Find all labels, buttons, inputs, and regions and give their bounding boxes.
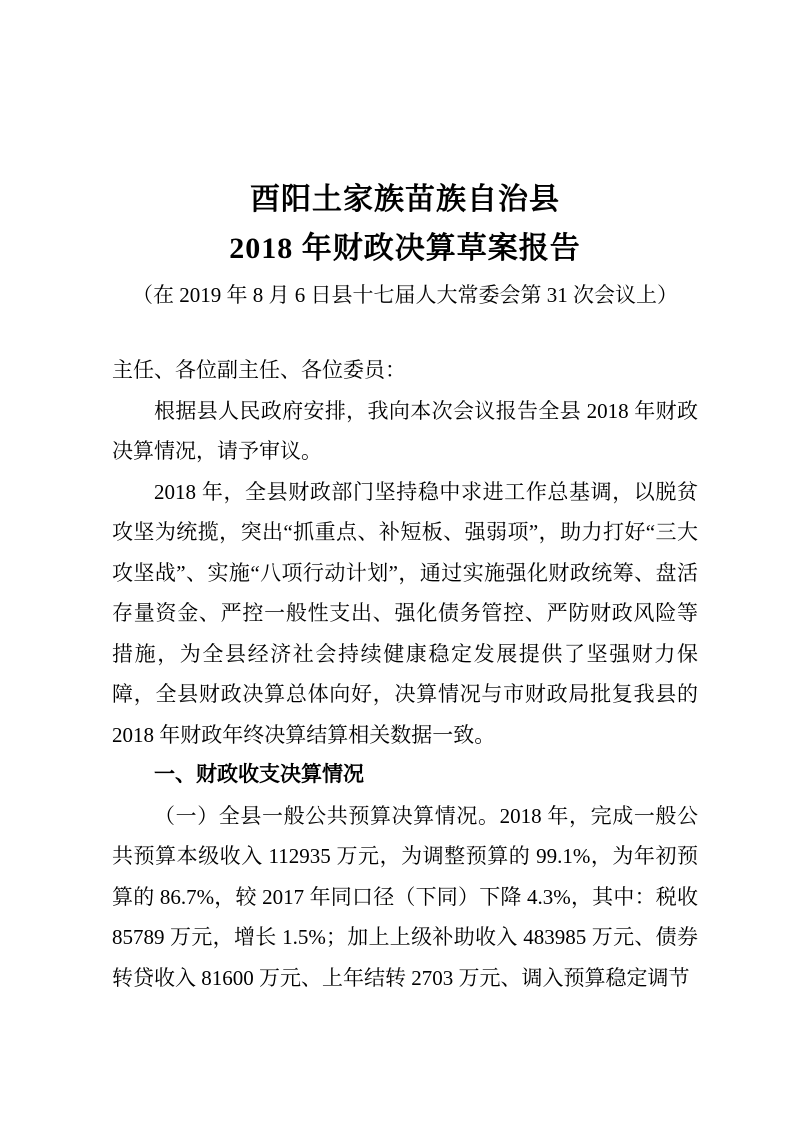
subsection-1-1-body: 2018 年，完成一般公共预算本级收入 112935 万元，为调整预算的 99.… [112,804,698,990]
salutation: 主任、各位副主任、各位委员： [112,350,698,391]
section-1-heading: 一、财政收支决算情况 [112,755,698,796]
paragraph-intro: 根据县人民政府安排，我向本次会议报告全县 2018 年财政决算情况，请予审议。 [112,391,698,472]
document-title-line2: 2018 年财政决算草案报告 [112,224,698,273]
document-page: 酉阳土家族苗族自治县 2018 年财政决算草案报告 （在 2019 年 8 月 … [0,0,793,1122]
title-block: 酉阳土家族苗族自治县 2018 年财政决算草案报告 （在 2019 年 8 月 … [112,175,698,314]
subsection-1-1-lead: （一）全县一般公共预算决算情况。 [154,804,500,828]
paragraph-overview: 2018 年，全县财政部门坚持稳中求进工作总基调，以脱贫攻坚为统揽，突出“抓重点… [112,472,698,756]
document-title-line1: 酉阳土家族苗族自治县 [112,175,698,224]
paragraph-section-1-1: （一）全县一般公共预算决算情况。2018 年，完成一般公共预算本级收入 1129… [112,796,698,999]
document-body: 主任、各位副主任、各位委员： 根据县人民政府安排，我向本次会议报告全县 2018… [112,350,698,998]
meeting-note: （在 2019 年 8 月 6 日县十七届人大常委会第 31 次会议上） [112,276,698,314]
